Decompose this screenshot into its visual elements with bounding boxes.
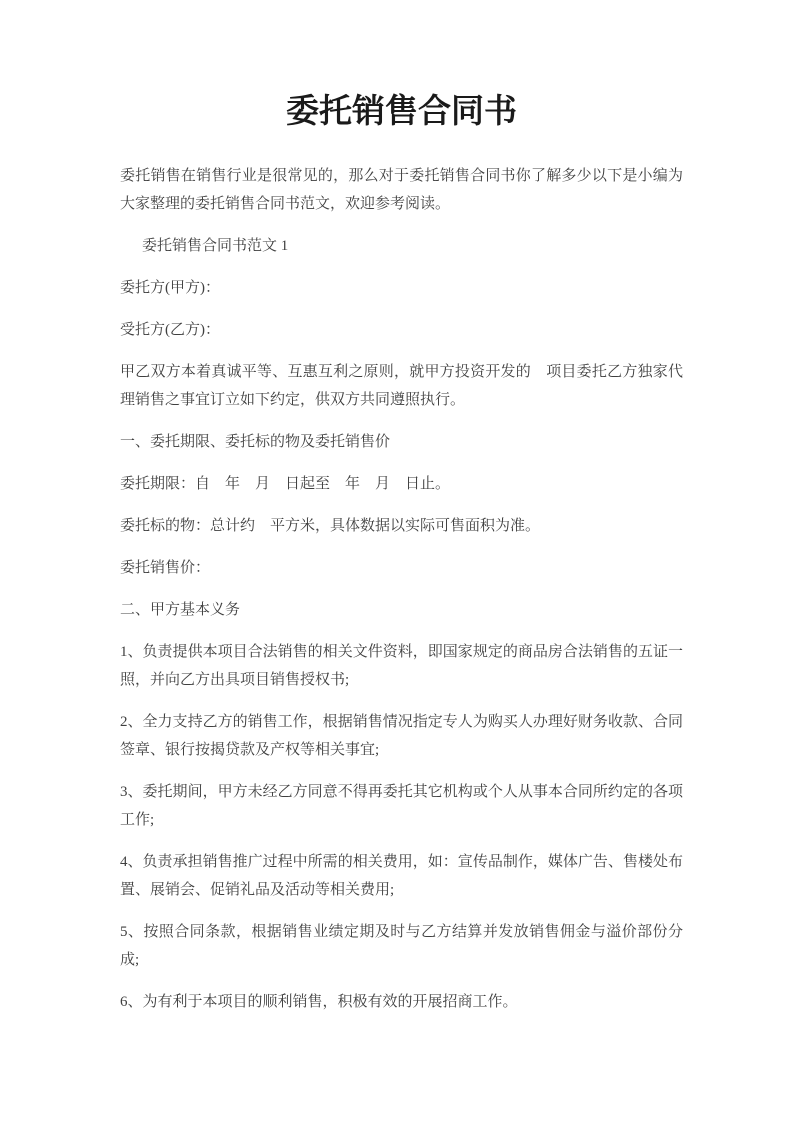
paragraph: 委托销售在销售行业是很常见的，那么对于委托销售合同书你了解多少以下是小编为大家整… [120, 162, 683, 218]
document-title: 委托销售合同书 [120, 90, 683, 134]
paragraph: 3、委托期间，甲方未经乙方同意不得再委托其它机构或个人从事本合同所约定的各项工作… [120, 778, 683, 834]
document-page: 委托销售合同书 委托销售在销售行业是很常见的，那么对于委托销售合同书你了解多少以… [0, 0, 793, 1122]
paragraph: 2、全力支持乙方的销售工作，根据销售情况指定专人为购买人办理好财务收款、合同签章… [120, 708, 683, 764]
paragraph: 6、为有利于本项目的顺利销售，积极有效的开展招商工作。 [120, 988, 683, 1016]
paragraph: 1、负责提供本项目合法销售的相关文件资料，即国家规定的商品房合法销售的五证一照，… [120, 638, 683, 694]
paragraph: 委托方(甲方)： [120, 274, 683, 302]
paragraph: 委托销售合同书范文 1 [120, 232, 683, 260]
paragraph: 一、委托期限、委托标的物及委托销售价 [120, 428, 683, 456]
paragraph: 委托期限：自 年 月 日起至 年 月 日止。 [120, 470, 683, 498]
paragraph: 4、负责承担销售推广过程中所需的相关费用，如：宣传品制作，媒体广告、售楼处布置、… [120, 848, 683, 904]
document-body: 委托销售在销售行业是很常见的，那么对于委托销售合同书你了解多少以下是小编为大家整… [120, 162, 683, 1016]
paragraph: 受托方(乙方)： [120, 316, 683, 344]
paragraph: 委托标的物：总计约 平方米，具体数据以实际可售面积为准。 [120, 512, 683, 540]
paragraph: 委托销售价： [120, 554, 683, 582]
paragraph: 甲乙双方本着真诚平等、互惠互利之原则，就甲方投资开发的 项目委托乙方独家代理销售… [120, 358, 683, 414]
paragraph: 二、甲方基本义务 [120, 596, 683, 624]
paragraph: 5、按照合同条款，根据销售业绩定期及时与乙方结算并发放销售佣金与溢价部份分成; [120, 918, 683, 974]
